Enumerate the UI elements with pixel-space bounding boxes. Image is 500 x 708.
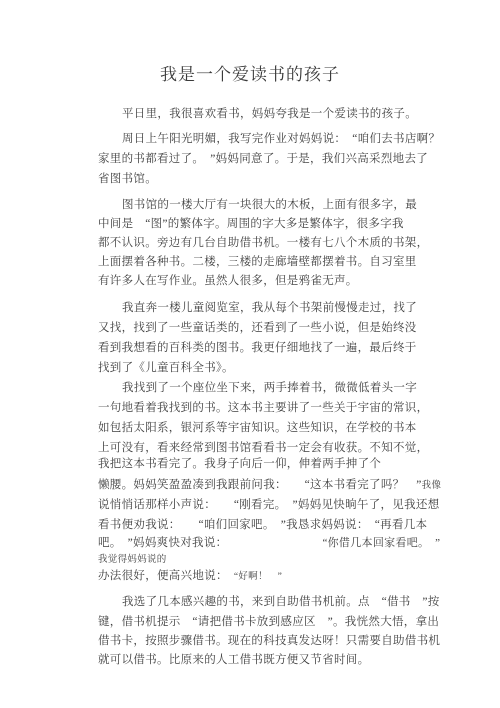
text-line: 上可没有，看来经常到图书馆看看书一定会有收获。不知不觉，: [98, 440, 428, 456]
text-line: 都不认识。旁边有几台自助借书机。一楼有七八个木质的书架，: [98, 235, 428, 251]
text-line: 看到我想看的百科类的图书。我更仔细地找了一遍，最后终于: [98, 340, 417, 356]
text-segment: 家里的书都看过了。 ”妈妈同意了。于是，我们兴高采烈地去了: [98, 151, 428, 167]
text-line: 一句地看着我找到的书。这本书主要讲了一些关于宇宙的常识，: [98, 400, 428, 416]
text-line: 上面摆着各种书。二楼，三楼的走廊墙壁都摆着书。自习室里: [98, 254, 417, 270]
text-line: 周日上午阳光明媚，我写完作业对妈妈说： “咱们去书店啊？: [122, 131, 440, 147]
text-line: 我觉得妈妈说的: [98, 551, 167, 568]
text-line: 说悄悄话那样小声说： “刚看完。 ”妈妈见快晌午了，见我还想: [98, 497, 440, 513]
text-segment: 办法很好，便高兴地说：: [98, 568, 234, 584]
text-line: 中间是 “图”的繁体字。周围的字大多是繁体字，很多字我: [98, 216, 404, 232]
text-segment: 懒腰。妈妈笑盈盈凑到我跟前问我： “这本书看完了吗？ ”: [98, 477, 422, 493]
text-segment: 我直奔一楼儿童阅览室，我从每个书架前慢慢走过，找了: [122, 300, 417, 316]
text-line: 我把这本书看完了。我身子向后一仰，伸着两手抻了个: [98, 456, 381, 472]
text-line: 看书便劝我说： “咱们回家吧。 ”我恳求妈妈说： “再看几本: [98, 517, 427, 533]
text-line: 图书馆的一楼大厅有一块很大的木板，上面有很多字，最: [122, 197, 417, 213]
text-segment: 键，借书机提示 “请把借书卡放到感应区 ”。我恍然大悟，拿出: [98, 614, 439, 630]
text-line: 又找，找到了一些童话类的，还看到了一些小说，但是始终没: [98, 320, 417, 336]
text-segment: 如包括太阳系，银河系等宇宙知识。这些知识，在学校的书本: [98, 420, 417, 436]
text-segment: 上可没有，看来经常到图书馆看看书一定会有收获。不知不觉，: [98, 440, 428, 456]
text-segment: 我觉得妈妈说的: [98, 552, 167, 568]
text-line: 键，借书机提示 “请把借书卡放到感应区 ”。我恍然大悟，拿出: [98, 614, 439, 630]
text-segment: 图书馆的一楼大厅有一块很大的木板，上面有很多字，最: [122, 197, 417, 213]
text-line: 办法很好，便高兴地说： “好啊！ ”: [98, 568, 282, 585]
text-line: 借书卡，按照步骤借书。现在的科技真发达呀！只需要自助借书机: [98, 633, 440, 649]
text-line: 我直奔一楼儿童阅览室，我从每个书架前慢慢走过，找了: [122, 300, 417, 316]
text-segment: 中间是 “图”的繁体字。周围的字大多是繁体字，很多字我: [98, 216, 404, 232]
text-line: 我找到了一个座位坐下来，两手捧着书，微微低着头一字: [122, 380, 417, 396]
document-page: 我是一个爱读书的孩子 平日里，我很喜欢看书，妈妈夸我是一个爱读书的孩子。周日上午…: [0, 0, 500, 708]
text-segment: 我找到了一个座位坐下来，两手捧着书，微微低着头一字: [122, 380, 417, 396]
text-segment: 我把这本书看完了。我身子向后一仰，伸着两手抻了个: [98, 456, 381, 472]
text-segment: 平日里，我很喜欢看书，妈妈夸我是一个爱读书的孩子。: [122, 106, 417, 122]
text-segment: 就可以借书。比原来的人工借书既方便又节省时间。: [98, 652, 369, 668]
text-line: 如包括太阳系，银河系等宇宙知识。这些知识，在学校的书本: [98, 420, 417, 436]
text-segment: 有许多人在写作业。虽然人很多，但是鸦雀无声。: [98, 273, 358, 289]
text-line: 家里的书都看过了。 ”妈妈同意了。于是，我们兴高采烈地去了: [98, 151, 428, 167]
text-line: 就可以借书。比原来的人工借书既方便又节省时间。: [98, 652, 369, 668]
text-segment: 周日上午阳光明媚，我写完作业对妈妈说： “咱们去书店啊？: [122, 131, 440, 147]
text-segment: “好啊！ ”: [234, 569, 282, 585]
text-line: 懒腰。妈妈笑盈盈凑到我跟前问我： “这本书看完了吗？ ”我像: [98, 477, 441, 494]
text-segment: 找到了《儿童百科全书》。: [98, 360, 234, 376]
text-segment: 看书便劝我说： “咱们回家吧。 ”我恳求妈妈说： “再看几本: [98, 517, 427, 533]
text-line: 找到了《儿童百科全书》。: [98, 360, 234, 376]
text-segment: 上面摆着各种书。二楼，三楼的走廊墙壁都摆着书。自习室里: [98, 254, 417, 270]
text-line: 省图书馆。: [98, 171, 157, 187]
text-segment: 又找，找到了一些童话类的，还看到了一些小说，但是始终没: [98, 320, 417, 336]
text-segment: 我像: [422, 478, 442, 494]
document-title: 我是一个爱读书的孩子: [0, 60, 500, 85]
text-segment: “你借几本回家看吧。 ”: [322, 535, 440, 551]
text-segment: 一句地看着我找到的书。这本书主要讲了一些关于宇宙的常识，: [98, 400, 428, 416]
text-line: 吧。 ”妈妈爽快对我说：“你借几本回家看吧。 ”: [98, 535, 440, 551]
text-segment: 吧。 ”妈妈爽快对我说：: [98, 535, 227, 551]
text-segment: 都不认识。旁边有几台自助借书机。一楼有七八个木质的书架，: [98, 235, 428, 251]
text-segment: 借书卡，按照步骤借书。现在的科技真发达呀！只需要自助借书机: [98, 633, 440, 649]
text-line: 有许多人在写作业。虽然人很多，但是鸦雀无声。: [98, 273, 358, 289]
text-segment: 省图书馆。: [98, 171, 157, 187]
text-segment: 说悄悄话那样小声说： “刚看完。 ”妈妈见快晌午了，见我还想: [98, 497, 440, 513]
text-segment: 看到我想看的百科类的图书。我更仔细地找了一遍，最后终于: [98, 340, 417, 356]
text-line: 平日里，我很喜欢看书，妈妈夸我是一个爱读书的孩子。: [122, 106, 417, 122]
text-line: 我选了几本感兴趣的书，来到自助借书机前。点 “借书 ”按: [122, 594, 440, 610]
text-segment: 我选了几本感兴趣的书，来到自助借书机前。点 “借书 ”按: [122, 594, 440, 610]
